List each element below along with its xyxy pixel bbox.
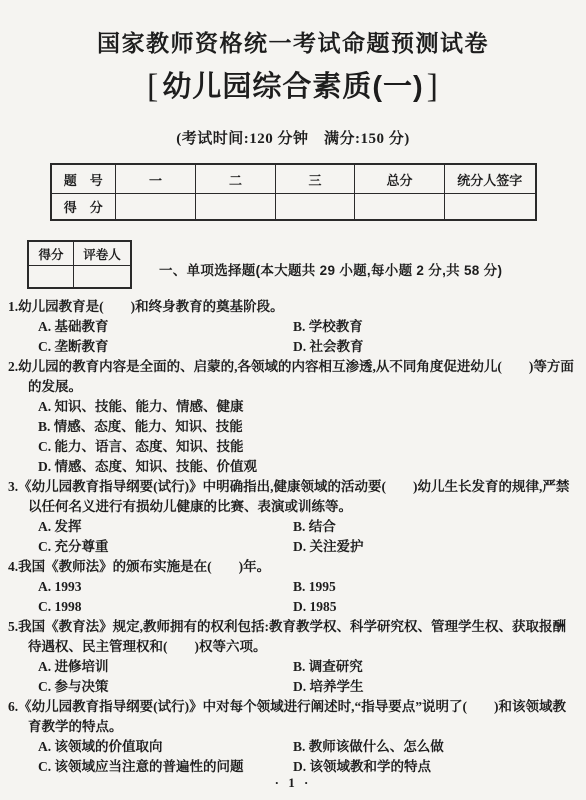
question-2-option-c: C. 能力、语言、态度、知识、技能 xyxy=(38,437,578,457)
question-5-options: A. 进修培训 B. 调查研究 C. 参与决策 D. 培养学生 xyxy=(38,657,578,697)
question-1-options: A. 基础教育 B. 学校教育 C. 垄断教育 D. 社会教育 xyxy=(38,317,578,357)
subtitle-bracket-right: ] xyxy=(424,68,442,105)
score-cell-empty xyxy=(276,194,355,221)
score-table-header-cell: 题 号 xyxy=(51,164,116,194)
question-2-option-a: A. 知识、技能、能力、情感、健康 xyxy=(38,397,578,417)
score-table-header-cell: 总分 xyxy=(355,164,445,194)
score-cell-empty xyxy=(116,194,196,221)
subtitle-bracket-left: [ xyxy=(144,68,162,105)
score-table-header-cell: 二 xyxy=(196,164,276,194)
question-4-option-b: B. 1995 xyxy=(293,577,578,597)
score-table: 题 号 一 二 三 总分 统分人签字 得 分 xyxy=(50,163,537,221)
question-3-options: A. 发挥 B. 结合 C. 充分尊重 D. 关注爱护 xyxy=(38,517,578,557)
question-4-option-a: A. 1993 xyxy=(38,577,293,597)
question-6-stem: 6.《幼儿园教育指导纲要(试行)》中对每个领域进行阐述时,“指导要点”说明了( … xyxy=(8,697,578,737)
question-2-option-b: B. 情感、态度、能力、知识、技能 xyxy=(38,417,578,437)
question-5: 5.我国《教育法》规定,教师拥有的权利包括:教育教学权、科学研究权、管理学生权、… xyxy=(8,617,578,697)
grader-box-empty-cell xyxy=(74,266,132,289)
score-table-score-row: 得 分 xyxy=(51,194,536,221)
question-2: 2.幼儿园的教育内容是全面的、启蒙的,各领域的内容相互渗透,从不同角度促进幼儿(… xyxy=(8,357,578,477)
page-subtitle: [幼儿园综合素质(一)] xyxy=(0,67,586,106)
score-row-label: 得 分 xyxy=(51,194,116,221)
question-6-option-c: C. 该领域应当注意的普遍性的问题 xyxy=(38,757,293,777)
page-title: 国家教师资格统一考试命题预测试卷 xyxy=(0,28,586,58)
question-3: 3.《幼儿园教育指导纲要(试行)》中明确指出,健康领域的活动要( )幼儿生长发育… xyxy=(8,477,578,557)
exam-info-line: (考试时间:120 分钟 满分:150 分) xyxy=(0,129,586,149)
exam-paper-page: 国家教师资格统一考试命题预测试卷 [幼儿园综合素质(一)] (考试时间:120 … xyxy=(0,0,586,800)
question-2-stem: 2.幼儿园的教育内容是全面的、启蒙的,各领域的内容相互渗透,从不同角度促进幼儿(… xyxy=(8,357,578,397)
question-5-option-a: A. 进修培训 xyxy=(38,657,293,677)
question-3-option-c: C. 充分尊重 xyxy=(38,537,293,557)
subtitle-text: 幼儿园综合素质(一) xyxy=(162,71,423,103)
questions-list: 1.幼儿园教育是( )和终身教育的奠基阶段。 A. 基础教育 B. 学校教育 C… xyxy=(8,297,578,777)
grader-section: 得分 评卷人 一、单项选择题(本大题共 29 小题,每小题 2 分,共 58 分… xyxy=(27,240,586,289)
question-3-option-d: D. 关注爱护 xyxy=(293,537,578,557)
score-cell-empty xyxy=(355,194,445,221)
section-heading: 一、单项选择题(本大题共 29 小题,每小题 2 分,共 58 分) xyxy=(159,240,502,279)
question-6: 6.《幼儿园教育指导纲要(试行)》中对每个领域进行阐述时,“指导要点”说明了( … xyxy=(8,697,578,777)
question-1-option-b: B. 学校教育 xyxy=(293,317,578,337)
question-1-option-c: C. 垄断教育 xyxy=(38,337,293,357)
question-4-option-d: D. 1985 xyxy=(293,597,578,617)
question-4: 4.我国《教师法》的颁布实施是在( )年。 A. 1993 B. 1995 C.… xyxy=(8,557,578,617)
grader-box-grader-label: 评卷人 xyxy=(74,241,132,266)
grader-box-score-label: 得分 xyxy=(28,241,74,266)
question-4-options: A. 1993 B. 1995 C. 1998 D. 1985 xyxy=(38,577,578,617)
question-2-options: A. 知识、技能、能力、情感、健康 B. 情感、态度、能力、知识、技能 C. 能… xyxy=(38,397,578,477)
score-cell-empty xyxy=(196,194,276,221)
score-table-header-cell: 一 xyxy=(116,164,196,194)
question-3-option-b: B. 结合 xyxy=(293,517,578,537)
score-table-header-row: 题 号 一 二 三 总分 统分人签字 xyxy=(51,164,536,194)
question-6-option-d: D. 该领域教和学的特点 xyxy=(293,757,578,777)
question-5-stem: 5.我国《教育法》规定,教师拥有的权利包括:教育教学权、科学研究权、管理学生权、… xyxy=(8,617,578,657)
question-6-option-a: A. 该领域的价值取向 xyxy=(38,737,293,757)
question-2-option-d: D. 情感、态度、知识、技能、价值观 xyxy=(38,457,578,477)
score-table-header-cell: 统分人签字 xyxy=(445,164,536,194)
question-6-options: A. 该领域的价值取向 B. 教师该做什么、怎么做 C. 该领域应当注意的普遍性… xyxy=(38,737,578,777)
question-1-option-d: D. 社会教育 xyxy=(293,337,578,357)
question-5-option-c: C. 参与决策 xyxy=(38,677,293,697)
score-table-header-cell: 三 xyxy=(276,164,355,194)
question-1-stem: 1.幼儿园教育是( )和终身教育的奠基阶段。 xyxy=(8,297,578,317)
page-number: · 1 · xyxy=(0,775,586,791)
question-1-option-a: A. 基础教育 xyxy=(38,317,293,337)
question-5-option-d: D. 培养学生 xyxy=(293,677,578,697)
question-6-option-b: B. 教师该做什么、怎么做 xyxy=(293,737,578,757)
grader-score-box: 得分 评卷人 xyxy=(27,240,132,289)
question-1: 1.幼儿园教育是( )和终身教育的奠基阶段。 A. 基础教育 B. 学校教育 C… xyxy=(8,297,578,357)
question-4-stem: 4.我国《教师法》的颁布实施是在( )年。 xyxy=(8,557,578,577)
question-5-option-b: B. 调查研究 xyxy=(293,657,578,677)
question-3-option-a: A. 发挥 xyxy=(38,517,293,537)
score-cell-empty xyxy=(445,194,536,221)
grader-box-empty-cell xyxy=(28,266,74,289)
question-3-stem: 3.《幼儿园教育指导纲要(试行)》中明确指出,健康领域的活动要( )幼儿生长发育… xyxy=(8,477,578,517)
question-4-option-c: C. 1998 xyxy=(38,597,293,617)
